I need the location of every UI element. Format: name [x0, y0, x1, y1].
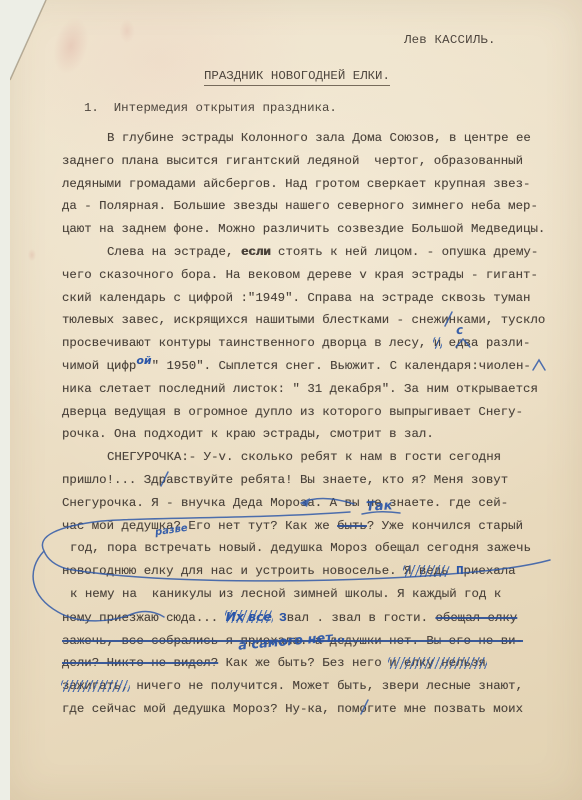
- typescript-line: пришло!... Здравствуйте ребята! Вы знает…: [62, 469, 560, 492]
- typescript-line: новогоднюю елку для нас и устроить новос…: [62, 560, 560, 583]
- typescript-line: чимой цифрой" 1950". Сыплется снег. Вьюж…: [62, 355, 560, 378]
- page: Лев КАССИЛЬ. ПРАЗДНИК НОВОГОДНЕЙ ЕЛКИ. 1…: [0, 0, 582, 800]
- typescript-line: ника слетает последний листок: " 31 дека…: [62, 378, 560, 401]
- typescript-line: заднего плана высится гигантский ледяной…: [62, 150, 560, 173]
- typescript-line: рочка. Она подходит к краю эстрады, смот…: [62, 423, 560, 446]
- typescript-line: дели? Никто не видел? Как же быть? Без н…: [62, 652, 560, 675]
- typescript-line: зажигать, ничего не получится. Может быт…: [62, 675, 560, 698]
- typescript-line: тюлевых завес, искрящихся нашитыми блест…: [62, 309, 560, 332]
- typescript-line: Слева на эстраде, если стоять к ней лицо…: [62, 241, 560, 264]
- typescript-line: к нему на каникулы из лесной зимней школ…: [62, 583, 560, 606]
- typescript-line: ский календарь с цифрой :"1949". Справа …: [62, 287, 560, 310]
- typescript-line: В глубине эстрады Колонного зала Дома Со…: [62, 127, 560, 150]
- typescript-line: Снегурочка. Я - внучка Деда Мороза. А вы…: [62, 492, 560, 515]
- section-heading: 1. Интермедия открытия праздника.: [84, 101, 337, 115]
- author-name: Лев КАССИЛЬ.: [404, 33, 496, 47]
- document-title: ПРАЗДНИК НОВОГОДНЕЙ ЕЛКИ.: [204, 69, 390, 86]
- typescript-line: нему приезжаю сюда... Их все Звал . звал…: [62, 606, 560, 630]
- typescript-line: где сейчас мой дедушка Мороз? Ну-ка, пом…: [62, 698, 560, 721]
- typescript-line: СНЕГУРОЧКА:- У-v. сколько ребят к нам в …: [62, 446, 560, 469]
- typescript-line: да - Полярная. Большие звезды нашего сев…: [62, 195, 560, 218]
- typescript-line: чего сказочного бора. На вековом дереве …: [62, 264, 560, 287]
- handwritten-annotation: с: [455, 323, 463, 338]
- typescript-line: ледяными громадами айсбергов. Над гротом…: [62, 173, 560, 196]
- typescript-line: год, пора встречать новый. дедушка Мороз…: [62, 537, 560, 560]
- typescript-line: цают на заднем фоне. Можно различить соз…: [62, 218, 560, 241]
- typescript-line: просвечивают контуры таинственного дворц…: [62, 332, 560, 355]
- typescript-line: час мой дедушка? Его нет тут? Как же быт…: [62, 515, 560, 538]
- handwritten-annotation: Так: [366, 498, 393, 514]
- typescript-line: дверца ведущая в огромное дупло из котор…: [62, 401, 560, 424]
